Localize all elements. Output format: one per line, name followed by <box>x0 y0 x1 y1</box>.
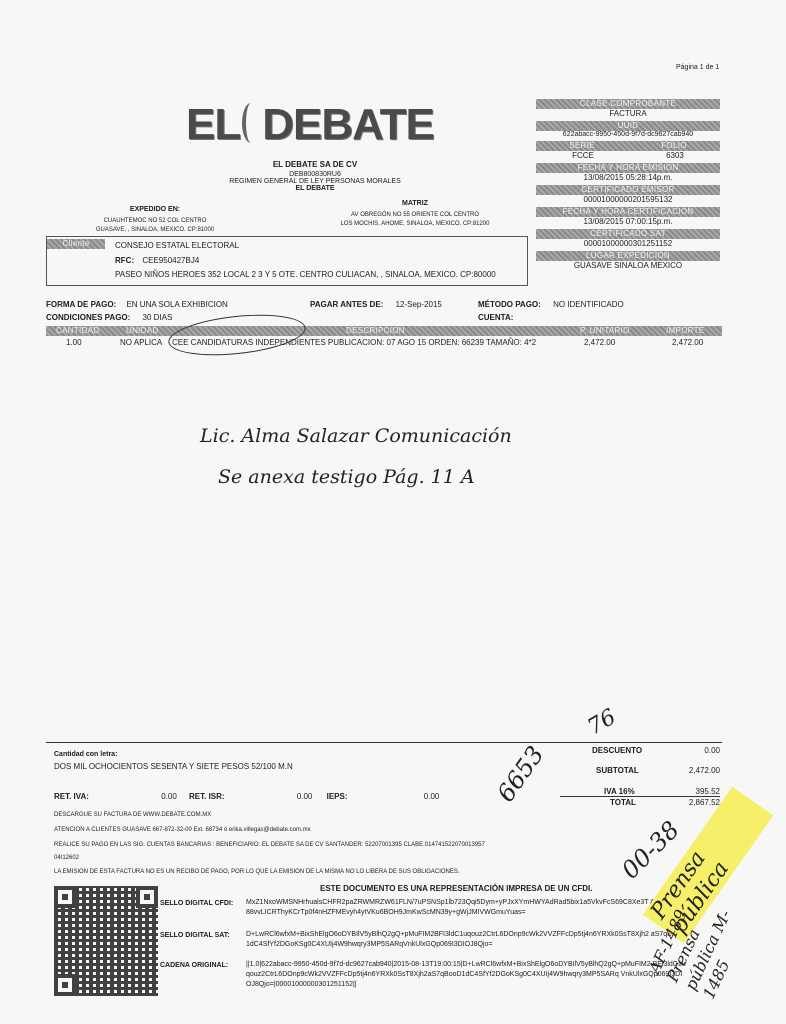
amount-words-value: DOS MIL OCHOCIENTOS SESENTA Y SIETE PESO… <box>54 762 293 771</box>
metodo-pago-label: MÉTODO PAGO: <box>478 300 541 309</box>
iva-label: IVA 16% <box>604 787 635 796</box>
cert-emisor-label: CERTIFICADO EMISOR <box>536 185 720 195</box>
attention-note: ATENCION A CLIENTES GUASAVE 667-872-32-0… <box>54 827 311 833</box>
client-box: Cliente CONSEJO ESTATAL ELECTORAL RFC: C… <box>46 236 528 286</box>
ret-isr-value: 0.00 <box>297 792 313 801</box>
total-value: 2,867.52 <box>689 798 720 807</box>
amount-words-label: Cantidad con letra: <box>54 751 117 758</box>
logo-text-left: EL <box>186 100 240 149</box>
forma-pago-label: FORMA DE PAGO: <box>46 300 116 309</box>
cfdi-title: ESTE DOCUMENTO ES UNA REPRESENTACIÓN IMP… <box>320 884 592 893</box>
issuer-regime: REGIMEN GENERAL DE LEY PERSONAS MORALES <box>200 178 430 185</box>
issuer-brand: EL DEBATE <box>200 185 430 192</box>
cert-sat-value: 00001000000301251152 <box>536 239 720 248</box>
expedido-line2: GUASAVE, , SINALOA, MEXICO. CP:81000 <box>70 227 240 233</box>
ieps-label: IEPS: <box>327 792 348 801</box>
col-importe: IMPORTE <box>666 326 704 336</box>
fecha-cert-value: 13/08/2015 07:00:15p.m. <box>536 217 720 226</box>
company-logo: ELDEBATE <box>186 100 434 150</box>
expedido-line1: CUAUHTEMOC NO 52 COL CENTRO <box>70 218 240 224</box>
row-importe: 2,472.00 <box>672 338 703 347</box>
matriz-line1: AV OBREGÓN NO 55 ORIENTE COL CENTRO <box>330 212 500 218</box>
fecha-emision-label: FECHA Y HORA EMISION <box>536 163 720 173</box>
disclaimer: LA EMISION DE ESTA FACTURA NO ES UN RECI… <box>54 869 460 875</box>
pagar-antes-value: 12-Sep-2015 <box>396 300 442 309</box>
col-unidad: UNIDAD <box>126 326 158 336</box>
metodo-pago-value: NO IDENTIFICADO <box>553 300 624 309</box>
issuer-name: EL DEBATE SA DE CV <box>200 160 430 169</box>
serie-value: FCCE <box>572 151 594 160</box>
ret-iva-label: RET. IVA: <box>54 792 89 801</box>
cert-emisor-value: 00001000000201595132 <box>536 195 720 204</box>
uuid-value: 622abacc-9950-450d-9f7d-dc9627cab940 <box>536 131 720 138</box>
subtotal-label: SUBTOTAL <box>596 766 639 775</box>
logo-text-right: DEBATE <box>262 100 434 149</box>
descuento-value: 0.00 <box>704 746 720 755</box>
sello-sat-value: D+LwRCl6wfxM+BixShElgO6oDYBIlV5yBlhQ2gQ+… <box>246 930 686 950</box>
cadena-label: CADENA ORIGINAL: <box>160 962 228 969</box>
client-rfc-label: RFC: <box>115 256 134 265</box>
sello-cfdi-label: SELLO DIGITAL CFDI: <box>160 900 233 907</box>
row-unidad: NO APLICA <box>120 338 162 347</box>
handwritten-76: 76 <box>584 705 621 741</box>
client-rfc: CEE950427BJ4 <box>142 256 199 265</box>
handwritten-line2: Se anexa testigo Pág. 11 A <box>218 466 475 488</box>
totals-block: DESCUENTO 0.00 SUBTOTAL 2,472.00 IVA 16%… <box>560 744 720 807</box>
folio-label: FOLIO <box>661 141 687 151</box>
row-punitario: 2,472.00 <box>584 338 615 347</box>
hand-circle-mark <box>166 309 307 361</box>
forma-pago-value: EN UNA SOLA EXHIBICION <box>126 300 227 309</box>
handwritten-line1: Lic. Alma Salazar Comunicación <box>200 425 512 447</box>
handwritten-6653: 6653 <box>492 741 550 807</box>
lugar-label: LUGAR EXPEDICION <box>536 251 720 261</box>
matriz-title: MATRIZ <box>330 200 500 207</box>
separator <box>46 742 722 743</box>
page-indicator: Página 1 de 1 <box>676 64 719 71</box>
total-label: TOTAL <box>610 798 636 807</box>
clase-value: FACTURA <box>536 109 720 118</box>
fecha-emision-value: 13/08/2015 05:28:14p.m. <box>536 173 720 182</box>
bank-note: REALICE SU PAGO EN LAS SIG. CUENTAS BANC… <box>54 842 485 848</box>
client-name: CONSEJO ESTATAL ELECTORAL <box>115 241 239 250</box>
matriz-line2: LOS MOCHIS, AHOME, SINALOA, MEXICO. CP:8… <box>330 221 500 227</box>
bank-note-2: 04I12602 <box>54 855 79 861</box>
ret-isr-label: RET. ISR: <box>189 792 225 801</box>
sello-cfdi-value: MxZ1NxoWMSNHrhualsCHFR2paZRWMRZW61FLN/7u… <box>246 898 686 918</box>
lugar-value: GUASAVE SINALOA MEXICO <box>536 261 720 270</box>
ret-iva-value: 0.00 <box>161 792 177 801</box>
condiciones-value: 30 DIAS <box>143 313 173 322</box>
fecha-cert-label: FECHA Y HORA CERTIFICACION <box>536 207 720 217</box>
subtotal-value: 2,472.00 <box>689 766 720 775</box>
download-note: DESCARGUE SU FACTURA DE WWW.DEBATE.COM.M… <box>54 812 211 818</box>
items-header: CANTIDAD UNIDAD DESCRIPCION P. UNITARIO … <box>46 326 722 336</box>
expedido-en-block: EXPEDIDO EN: CUAUHTEMOC NO 52 COL CENTRO… <box>70 206 240 233</box>
issuer-rfc: DEB800830RU6 <box>200 171 430 178</box>
iva-value: 395.52 <box>696 787 720 796</box>
col-punitario: P. UNITARIO <box>580 326 630 336</box>
serie-label: SERIE <box>569 141 595 151</box>
serie-folio-bar: SERIE FOLIO <box>536 141 720 151</box>
descuento-label: DESCUENTO <box>592 746 642 755</box>
condiciones-label: CONDICIONES PAGO: <box>46 313 130 322</box>
client-address: PASEO NIÑOS HEROES 352 LOCAL 2 3 Y 5 OTE… <box>115 270 496 279</box>
expedido-title: EXPEDIDO EN: <box>70 206 240 213</box>
ieps-value: 0.00 <box>424 792 440 801</box>
row-cantidad: 1.00 <box>66 338 82 347</box>
table-row: 1.00 NO APLICA CEE CANDIDATURAS INDEPEND… <box>46 338 722 350</box>
pagar-antes-label: PAGAR ANTES DE: <box>310 300 383 309</box>
flame-icon <box>242 103 260 143</box>
clase-label: CLASE COMPROBANTE <box>536 99 720 109</box>
uuid-label: UUID <box>536 121 720 131</box>
invoice-info-panel: CLASE COMPROBANTE FACTURA UUID 622abacc-… <box>536 99 720 270</box>
folio-value: 6303 <box>666 151 684 160</box>
col-cantidad: CANTIDAD <box>56 326 99 336</box>
cuenta-label: CUENTA: <box>478 313 513 322</box>
matriz-block: MATRIZ AV OBREGÓN NO 55 ORIENTE COL CENT… <box>330 200 500 227</box>
sello-sat-label: SELLO DIGITAL SAT: <box>160 932 230 939</box>
cert-sat-label: CERTIFICADO SAT <box>536 229 720 239</box>
cadena-value: ||1.0|622abacc-9950-450d-9f7d-dc9627cab9… <box>246 960 686 990</box>
col-descripcion: DESCRIPCION <box>346 326 405 336</box>
client-tag: Cliente <box>47 239 105 249</box>
qr-code <box>54 886 158 996</box>
